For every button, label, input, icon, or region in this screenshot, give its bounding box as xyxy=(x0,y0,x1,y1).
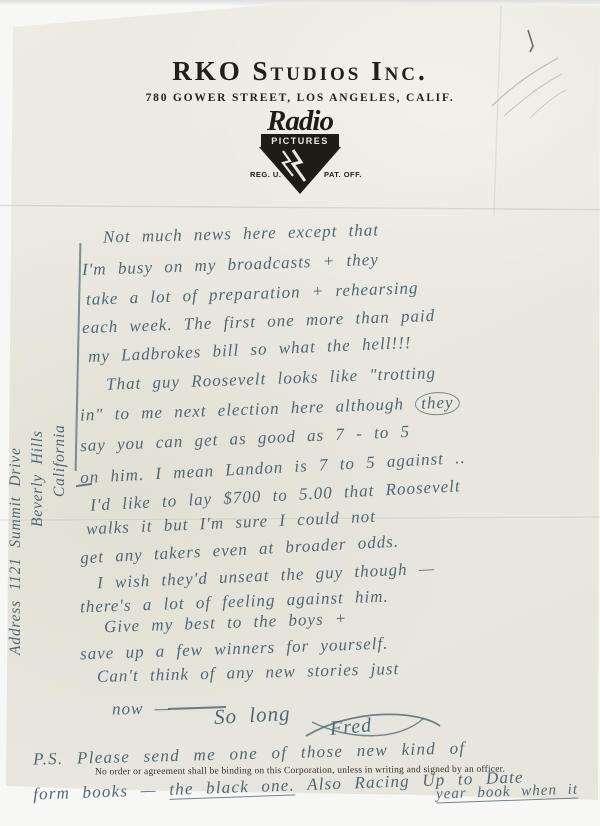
signoff-text: So long xyxy=(213,701,291,730)
underlined-phrase: year book when it xyxy=(436,782,579,804)
logo-pat-text: PAT. OFF. xyxy=(324,170,362,179)
svg-text:PICTURES: PICTURES xyxy=(271,136,329,146)
ps-line: year book when it xyxy=(436,782,579,804)
circled-word: they xyxy=(415,391,460,416)
margin-address-line: Beverly Hills xyxy=(27,255,49,655)
margin-address-line: Address 1121 Summit Drive xyxy=(5,255,27,655)
logo-brand-text: Radio xyxy=(225,108,375,134)
underlined-phrase: the black one. xyxy=(169,775,295,799)
margin-address-line: California xyxy=(49,255,71,655)
logo-triangle-lightning-icon: PICTURES xyxy=(225,134,375,198)
signature-name: Fred xyxy=(329,714,373,741)
ps-segment: form books — xyxy=(33,780,170,804)
handwriting-line: now — xyxy=(112,698,171,719)
margin-address-note: Address 1121 Summit Drive Beverly Hills … xyxy=(5,255,71,655)
rko-radio-pictures-logo: Radio PICTURES xyxy=(225,108,375,203)
pencil-scribble xyxy=(470,22,590,142)
logo-reg-text: REG. U. S. xyxy=(250,170,292,179)
scanned-letter-page: RKO Studios Inc. 780 GOWER STREET, LOS A… xyxy=(0,0,600,826)
